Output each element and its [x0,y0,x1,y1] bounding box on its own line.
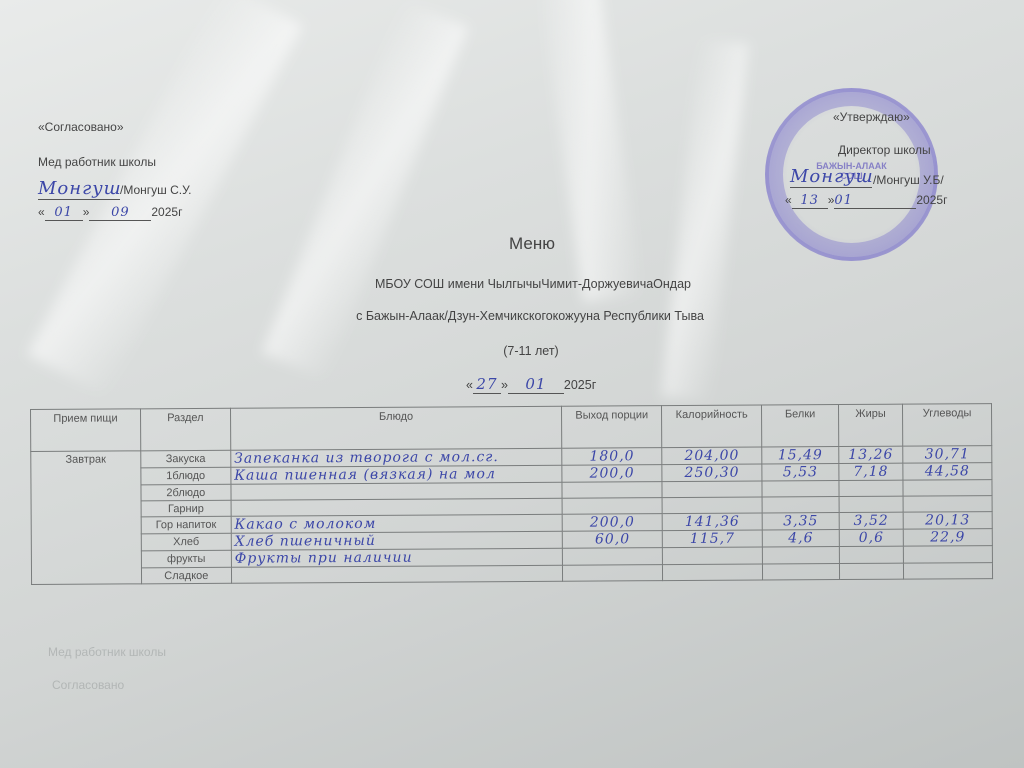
carbs-cell: 20,13 [903,512,992,530]
signature-left: Монгуш [38,178,120,200]
column-header: Жиры [839,404,903,446]
section-cell: Гор напиток [141,516,231,534]
portion-cell: 200,0 [562,514,662,532]
carbs-cell: 22,9 [903,529,992,547]
handwritten-entry: 180,0 [589,448,634,464]
fats-cell: 3,52 [839,512,903,529]
proteins-cell: 5,53 [762,464,839,481]
section-cell: Гарнир [141,500,231,517]
fats-cell [839,496,903,512]
column-header: Раздел [140,408,230,451]
handwritten-entry: 250,30 [684,465,739,481]
menu-table: Прием пищи Раздел Блюдо Выход порции Кал… [30,403,993,585]
calories-cell [662,481,762,498]
column-header: Углеводы [903,404,992,447]
dish-cell [231,565,563,583]
calories-cell [663,547,763,565]
handwritten-entry: 15,49 [778,447,823,463]
table-header-row: Прием пищи Раздел Блюдо Выход порции Кал… [31,404,992,452]
handwritten-entry: 115,7 [690,531,735,547]
proteins-cell: 15,49 [762,447,839,464]
approval-right-month: 01 [834,193,916,209]
handwritten-entry: 5,53 [783,464,818,480]
section-cell: Хлеб [141,533,231,551]
handwritten-entry: 20,13 [925,512,970,528]
portion-cell [562,498,662,515]
calories-cell: 204,00 [662,447,762,465]
school-name: МБОУ СОШ имени ЧылгычыЧимит-ДоржуевичаОн… [0,277,1024,291]
approval-left-year: 2025г [151,205,182,219]
dish-cell: Какао с молоком [231,514,563,533]
carbs-cell [903,496,992,513]
column-header: Блюдо [230,406,562,450]
menu-table-body: ЗавтракЗакускаЗапеканка из творога с мол… [31,446,993,585]
calories-cell [663,564,763,581]
approval-left-heading: «Согласовано» [38,120,124,134]
handwritten-entry: 200,0 [590,465,635,481]
age-group: (7-11 лет) [0,344,1024,358]
approval-right-date: «13»012025г [785,193,947,209]
fats-cell: 13,26 [839,446,903,463]
menu-date-day: 27 [473,375,501,394]
proteins-cell [762,481,839,497]
fats-cell: 0,6 [839,529,903,546]
handwritten-entry: 3,52 [854,513,889,529]
handwritten-entry: 4,6 [788,530,813,546]
approval-right-name: /Монгуш У.Б/ [873,173,944,187]
signature-right: Монгуш [790,166,872,188]
fats-cell [839,546,903,563]
faint-text: Согласовано [52,678,124,692]
handwritten-entry: Хлеб пшеничный [235,533,376,550]
portion-cell: 60,0 [563,531,663,549]
handwritten-entry: 204,00 [684,448,739,464]
portion-cell: 180,0 [562,448,662,466]
handwritten-entry: 7,18 [853,464,888,480]
calories-cell: 115,7 [662,530,762,548]
carbs-cell [903,563,992,580]
proteins-cell [763,564,840,580]
handwritten-entry: 44,58 [925,463,970,479]
fats-cell: 7,18 [839,463,903,480]
carbs-cell [903,480,992,497]
handwritten-entry: Запеканка из творога с мол.сг. [234,449,499,467]
dish-cell: Запеканка из творога с мол.сг. [231,448,563,467]
portion-cell [562,482,662,499]
dish-cell: Фрукты при наличии [231,548,563,567]
fats-cell [839,480,903,496]
section-cell: Сладкое [141,567,231,584]
proteins-cell: 3,35 [762,513,839,530]
approval-left-role: Мед работник школы [38,155,156,169]
approval-right-day: 13 [792,193,828,209]
calories-cell [662,497,762,514]
handwritten-entry: Фрукты при наличии [235,550,413,567]
handwritten-entry: 3,35 [783,513,818,529]
handwritten-entry: 200,0 [590,514,635,530]
approval-left-name: /Монгуш С.У. [120,183,191,197]
menu-date-year: 2025г [564,378,596,392]
carbs-cell: 44,58 [903,463,992,481]
faint-text: Мед работник школы [48,645,166,659]
portion-cell [563,548,663,566]
dish-cell: Хлеб пшеничный [231,531,563,550]
fats-cell [840,563,904,579]
section-cell: Закуска [141,450,231,468]
proteins-cell [762,497,839,513]
handwritten-entry: Какао с молоком [234,516,376,533]
approval-left-day: 01 [45,205,83,221]
column-header: Прием пищи [31,409,141,452]
section-cell: фрукты [141,550,231,568]
column-header: Белки [762,405,839,447]
proteins-cell [762,547,839,564]
school-location: с Бажын-Алаак/Дзун-Хемчикскогокожууна Ре… [0,309,1024,323]
menu-date-month: 01 [508,375,564,394]
handwritten-entry: 22,9 [930,529,965,545]
meal-cell: Завтрак [31,451,142,585]
glare [537,0,642,303]
portion-cell [563,565,663,582]
dish-cell: Каша пшенная (вязкая) на мол [231,465,563,484]
section-cell: 2блюдо [141,484,231,501]
calories-cell: 141,36 [662,513,762,531]
handwritten-entry: Каша пшенная (вязкая) на мол [234,466,496,484]
column-header: Калорийность [662,405,762,448]
approval-right-year: 2025г [916,193,947,207]
approval-left-date: «01»092025г [38,205,182,221]
handwritten-entry: 60,0 [595,531,630,547]
handwritten-entry: 30,71 [925,446,970,462]
column-header: Выход порции [562,406,662,449]
approval-left-month: 09 [89,205,151,221]
handwritten-entry: 13,26 [848,447,893,463]
carbs-cell [903,546,992,564]
handwritten-entry: 141,36 [685,514,740,530]
section-cell: 1блюдо [141,467,231,485]
menu-date: «27»012025г [466,375,596,394]
approval-right-heading: «Утверждаю» [833,110,910,124]
approval-right-role: Директор школы [838,143,931,157]
calories-cell: 250,30 [662,464,762,482]
proteins-cell: 4,6 [762,530,839,547]
handwritten-entry: 0,6 [859,530,884,546]
portion-cell: 200,0 [562,465,662,483]
page-title: Меню [0,234,1024,254]
carbs-cell: 30,71 [903,446,992,464]
